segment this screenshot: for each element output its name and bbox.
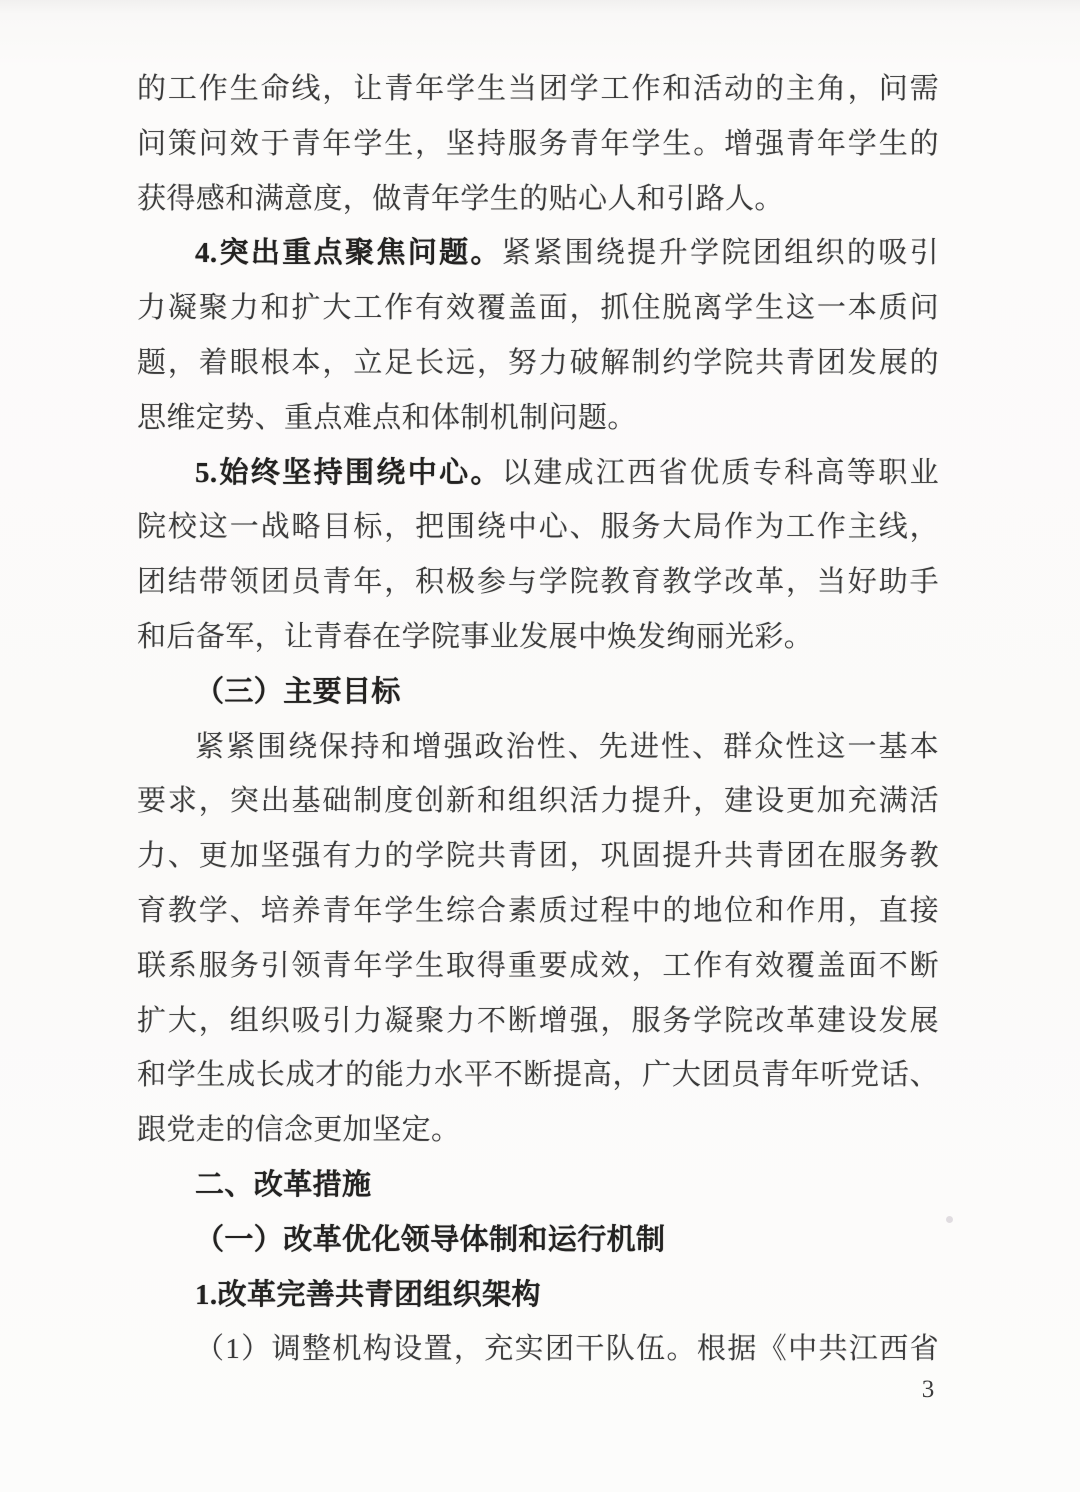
line-text: 联系服务引领青年学生取得重要成效，工作有效覆盖面不断 [137,950,939,982]
text-line: 思维定势、重点难点和体制机制问题。 [137,391,939,446]
text-line: 问策问效于青年学生，坚持服务青年学生。增强青年学生的 [137,117,939,172]
line-text: 力、更加坚强有力的学院共青团，巩固提升共青团在服务教 [137,840,939,872]
line-text: 和后备军，让青春在学院事业发展中焕发绚丽光彩。 [137,621,813,653]
heading-text: （一）改革优化领导体制和运行机制 [195,1224,665,1256]
text-line: 和后备军，让青春在学院事业发展中焕发绚丽光彩。 [137,610,939,665]
heading-text: 二、改革措施 [195,1169,371,1201]
line-text: 跟党走的信念更加坚定。 [137,1114,460,1146]
line-text: 问策问效于青年学生，坚持服务青年学生。增强青年学生的 [137,128,939,160]
section-heading: 二、改革措施 [137,1158,939,1213]
emphasis-lead: 5.始终坚持围绕中心。 [195,457,502,489]
section-heading: （三）主要目标 [137,665,939,720]
line-text: 育教学、培养青年学生综合素质过程中的地位和作用，直接 [137,895,939,927]
text-line: 紧紧围绕保持和增强政治性、先进性、群众性这一基本 [137,720,939,775]
line-text: 扩大，组织吸引力凝聚力不断增强，服务学院改革建设发展 [137,1005,939,1037]
page-number: 3 [908,1376,948,1404]
line-text: 力凝聚力和扩大工作有效覆盖面，抓住脱离学生这一本质问 [137,292,939,324]
text-line: 题，着眼根本，立足长远，努力破解制约学院共青团发展的 [137,336,939,391]
line-text: 获得感和满意度，做青年学生的贴心人和引路人。 [137,183,784,215]
text-line: 获得感和满意度，做青年学生的贴心人和引路人。 [137,172,939,227]
section-heading: （一）改革优化领导体制和运行机制 [137,1213,939,1268]
line-text: 院校这一战略目标，把围绕中心、服务大局作为工作主线， [137,511,939,543]
document-page: 的工作生命线，让青年学生当团学工作和活动的主角，问需 问策问效于青年学生，坚持服… [0,0,1080,1492]
scan-speck [946,1216,953,1223]
emphasis-lead: 4.突出重点聚焦问题。 [195,237,502,269]
line-text: 要求，突出基础制度创新和组织活力提升，建设更加充满活 [137,785,939,817]
text-line: 跟党走的信念更加坚定。 [137,1103,939,1158]
line-text: 以建成江西省优质专科高等职业 [502,457,939,489]
line-text: 和学生成长成才的能力水平不断提高，广大团员青年听党话、 [137,1059,939,1091]
document-text-column: 的工作生命线，让青年学生当团学工作和活动的主角，问需 问策问效于青年学生，坚持服… [137,62,939,1377]
heading-text: 1.改革完善共青团组织架构 [195,1279,541,1311]
line-text: （1）调整机构设置，充实团干队伍。根据《中共江西省 [195,1333,939,1365]
line-text: 思维定势、重点难点和体制机制问题。 [137,402,637,434]
text-line: 要求，突出基础制度创新和组织活力提升，建设更加充满活 [137,774,939,829]
text-line: 联系服务引领青年学生取得重要成效，工作有效覆盖面不断 [137,939,939,994]
text-line: 的工作生命线，让青年学生当团学工作和活动的主角，问需 [137,62,939,117]
line-text: 题，着眼根本，立足长远，努力破解制约学院共青团发展的 [137,347,939,379]
text-line: 力凝聚力和扩大工作有效覆盖面，抓住脱离学生这一本质问 [137,281,939,336]
text-line: 扩大，组织吸引力凝聚力不断增强，服务学院改革建设发展 [137,994,939,1049]
line-text: 团结带领团员青年，积极参与学院教育教学改革，当好助手 [137,566,939,598]
text-line: 5.始终坚持围绕中心。以建成江西省优质专科高等职业 [137,446,939,501]
heading-text: （三）主要目标 [195,676,401,708]
text-line: （1）调整机构设置，充实团干队伍。根据《中共江西省 [137,1322,939,1377]
text-line: 力、更加坚强有力的学院共青团，巩固提升共青团在服务教 [137,829,939,884]
text-line: 育教学、培养青年学生综合素质过程中的地位和作用，直接 [137,884,939,939]
text-line: 团结带领团员青年，积极参与学院教育教学改革，当好助手 [137,555,939,610]
text-line: 和学生成长成才的能力水平不断提高，广大团员青年听党话、 [137,1048,939,1103]
section-heading: 1.改革完善共青团组织架构 [137,1268,939,1323]
line-text: 紧紧围绕提升学院团组织的吸引 [502,237,939,269]
text-line: 院校这一战略目标，把围绕中心、服务大局作为工作主线， [137,500,939,555]
line-text: 紧紧围绕保持和增强政治性、先进性、群众性这一基本 [195,731,939,763]
text-line: 4.突出重点聚焦问题。紧紧围绕提升学院团组织的吸引 [137,226,939,281]
line-text: 的工作生命线，让青年学生当团学工作和活动的主角，问需 [137,73,939,105]
